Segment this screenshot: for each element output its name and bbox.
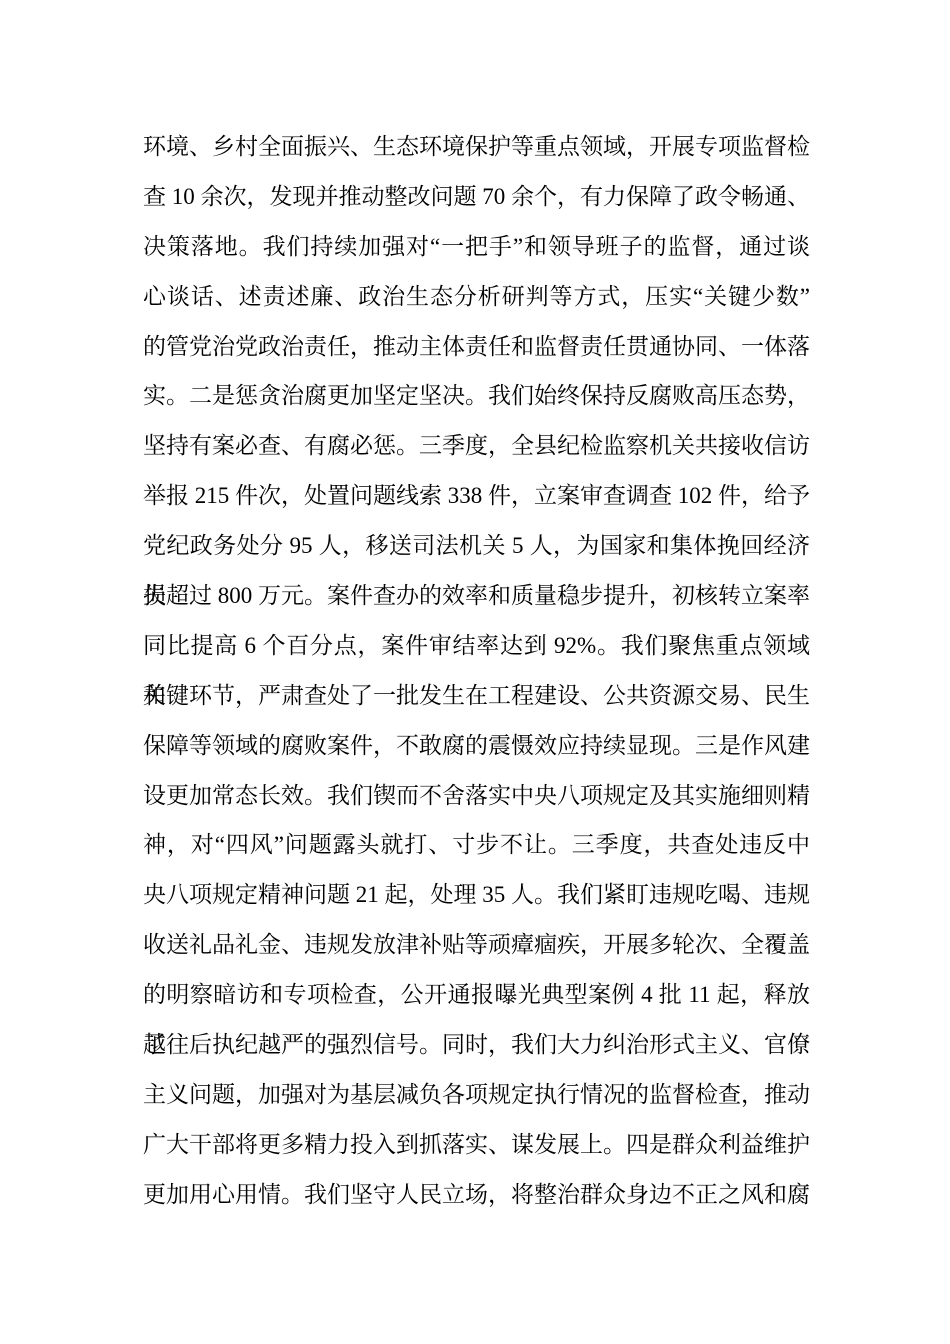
text-line: 主义问题，加强对为基层减负各项规定执行情况的监督检查，推动 [143,1070,810,1120]
text-line: 央八项规定精神问题 21 起，处理 35 人。我们紧盯违规吃喝、违规 [143,870,810,920]
text-line: 失超过 800 万元。案件查办的效率和质量稳步提升，初核转立案率 [143,571,810,621]
text-line: 党纪政务处分 95 人，移送司法机关 5 人，为国家和集体挽回经济损 [143,521,810,571]
text-line: 决策落地。我们持续加强对“一把手”和领导班子的监督，通过谈 [143,222,810,272]
document-body-text: 环境、乡村全面振兴、生态环境保护等重点领域，开展专项监督检查 10 余次，发现并… [143,122,810,1220]
text-line: 查 10 余次，发现并推动整改问题 70 余个，有力保障了政令畅通、 [143,172,810,222]
text-line: 关键环节，严肃查处了一批发生在工程建设、公共资源交易、民生 [143,671,810,721]
text-line: 设更加常态长效。我们锲而不舍落实中央八项规定及其实施细则精 [143,771,810,821]
text-line: 的明察暗访和专项检查，公开通报曝光典型案例 4 批 11 起，释放了 [143,970,810,1020]
document-page: 环境、乡村全面振兴、生态环境保护等重点领域，开展专项监督检查 10 余次，发现并… [0,0,950,1344]
text-line: 广大干部将更多精力投入到抓落实、谋发展上。四是群众利益维护 [143,1120,810,1170]
text-line: 心谈话、述责述廉、政治生态分析研判等方式，压实“关键少数” [143,272,810,322]
text-line: 举报 215 件次，处置问题线索 338 件，立案审查调查 102 件，给予 [143,471,810,521]
text-line: 收送礼品礼金、违规发放津补贴等顽瘴痼疾，开展多轮次、全覆盖 [143,920,810,970]
text-line: 神，对“四风”问题露头就打、寸步不让。三季度，共查处违反中 [143,820,810,870]
text-line: 坚持有案必查、有腐必惩。三季度，全县纪检监察机关共接收信访 [143,421,810,471]
text-line: 环境、乡村全面振兴、生态环境保护等重点领域，开展专项监督检 [143,122,810,172]
text-line: 越往后执纪越严的强烈信号。同时，我们大力纠治形式主义、官僚 [143,1020,810,1070]
text-line: 同比提高 6 个百分点，案件审结率达到 92%。我们聚焦重点领域和 [143,621,810,671]
text-line: 保障等领域的腐败案件，不敢腐的震慑效应持续显现。三是作风建 [143,721,810,771]
text-line: 的管党治党政治责任，推动主体责任和监督责任贯通协同、一体落 [143,322,810,372]
text-line: 更加用心用情。我们坚守人民立场，将整治群众身边不正之风和腐 [143,1170,810,1220]
text-line: 实。二是惩贪治腐更加坚定坚决。我们始终保持反腐败高压态势， [143,371,810,421]
document-canvas: 环境、乡村全面振兴、生态环境保护等重点领域，开展专项监督检查 10 余次，发现并… [0,0,950,1344]
